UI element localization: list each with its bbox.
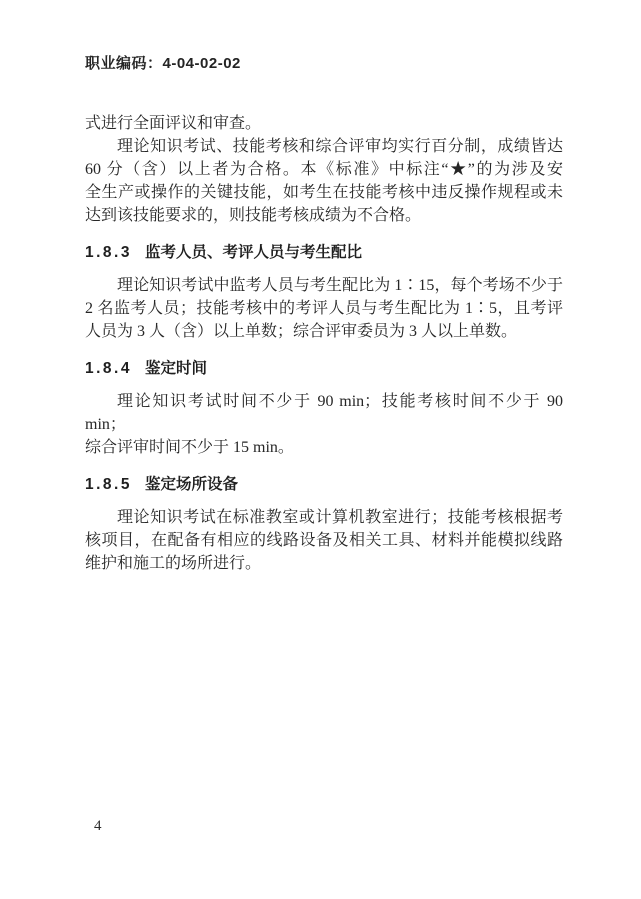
paragraph-scoring-rules: 理论知识考试、技能考核和综合评审均实行百分制，成绩皆达 60 分（含）以上者为合… <box>85 135 563 227</box>
section-title: 监考人员、考评人员与考生配比 <box>145 244 362 261</box>
section-heading-1-8-4: 1.8.4鉴定时间 <box>85 357 563 380</box>
paragraph-line: 理论知识考试、技能考核和综合评审均实行百分制，成绩皆达 <box>85 135 563 158</box>
paragraph-line: 理论知识考试在标准教室或计算机教室进行；技能考核根据考 <box>85 506 563 529</box>
paragraph-assessment-time: 理论知识考试时间不少于 90 min；技能考核时间不少于 90 min； 综合评… <box>85 390 563 459</box>
paragraph-line: 2 名监考人员；技能考核中的考评人员与考生配比为 1∶5，且考评 <box>85 297 563 320</box>
paragraph-continuation: 式进行全面评议和审查。 <box>85 112 563 135</box>
section-title: 鉴定场所设备 <box>145 476 238 493</box>
section-number: 1.8.4 <box>85 360 132 377</box>
paragraph-line: 理论知识考试时间不少于 90 min；技能考核时间不少于 90 min； <box>85 390 563 436</box>
section-heading-1-8-5: 1.8.5鉴定场所设备 <box>85 473 563 496</box>
document-body: 式进行全面评议和审查。 理论知识考试、技能考核和综合评审均实行百分制，成绩皆达 … <box>85 112 563 575</box>
paragraph-line: 式进行全面评议和审查。 <box>85 112 563 135</box>
paragraph-assessment-venue: 理论知识考试在标准教室或计算机教室进行；技能考核根据考 核项目，在配备有相应的线… <box>85 506 563 575</box>
paragraph-line: 人员为 3 人（含）以上单数；综合评审委员为 3 人以上单数。 <box>85 320 563 343</box>
document-page: 职业编码：4-04-02-02 式进行全面评议和审查。 理论知识考试、技能考核和… <box>0 0 641 899</box>
section-number: 1.8.5 <box>85 476 132 493</box>
page-number: 4 <box>94 816 102 836</box>
paragraph-line: 理论知识考试中监考人员与考生配比为 1∶15，每个考场不少于 <box>85 274 563 297</box>
section-number: 1.8.3 <box>85 244 132 261</box>
profession-code-header: 职业编码：4-04-02-02 <box>85 54 241 74</box>
section-title: 鉴定时间 <box>145 360 207 377</box>
paragraph-line: 维护和施工的场所进行。 <box>85 552 563 575</box>
paragraph-line: 60 分（含）以上者为合格。本《标准》中标注“★”的为涉及安 <box>85 158 563 181</box>
paragraph-line: 综合评审时间不少于 15 min。 <box>85 436 563 459</box>
paragraph-line: 核项目，在配备有相应的线路设备及相关工具、材料并能模拟线路 <box>85 529 563 552</box>
paragraph-line: 达到该技能要求的，则技能考核成绩为不合格。 <box>85 204 563 227</box>
section-heading-1-8-3: 1.8.3监考人员、考评人员与考生配比 <box>85 241 563 264</box>
paragraph-line: 全生产或操作的关键技能，如考生在技能考核中违反操作规程或未 <box>85 181 563 204</box>
paragraph-examiner-ratio: 理论知识考试中监考人员与考生配比为 1∶15，每个考场不少于 2 名监考人员；技… <box>85 274 563 343</box>
